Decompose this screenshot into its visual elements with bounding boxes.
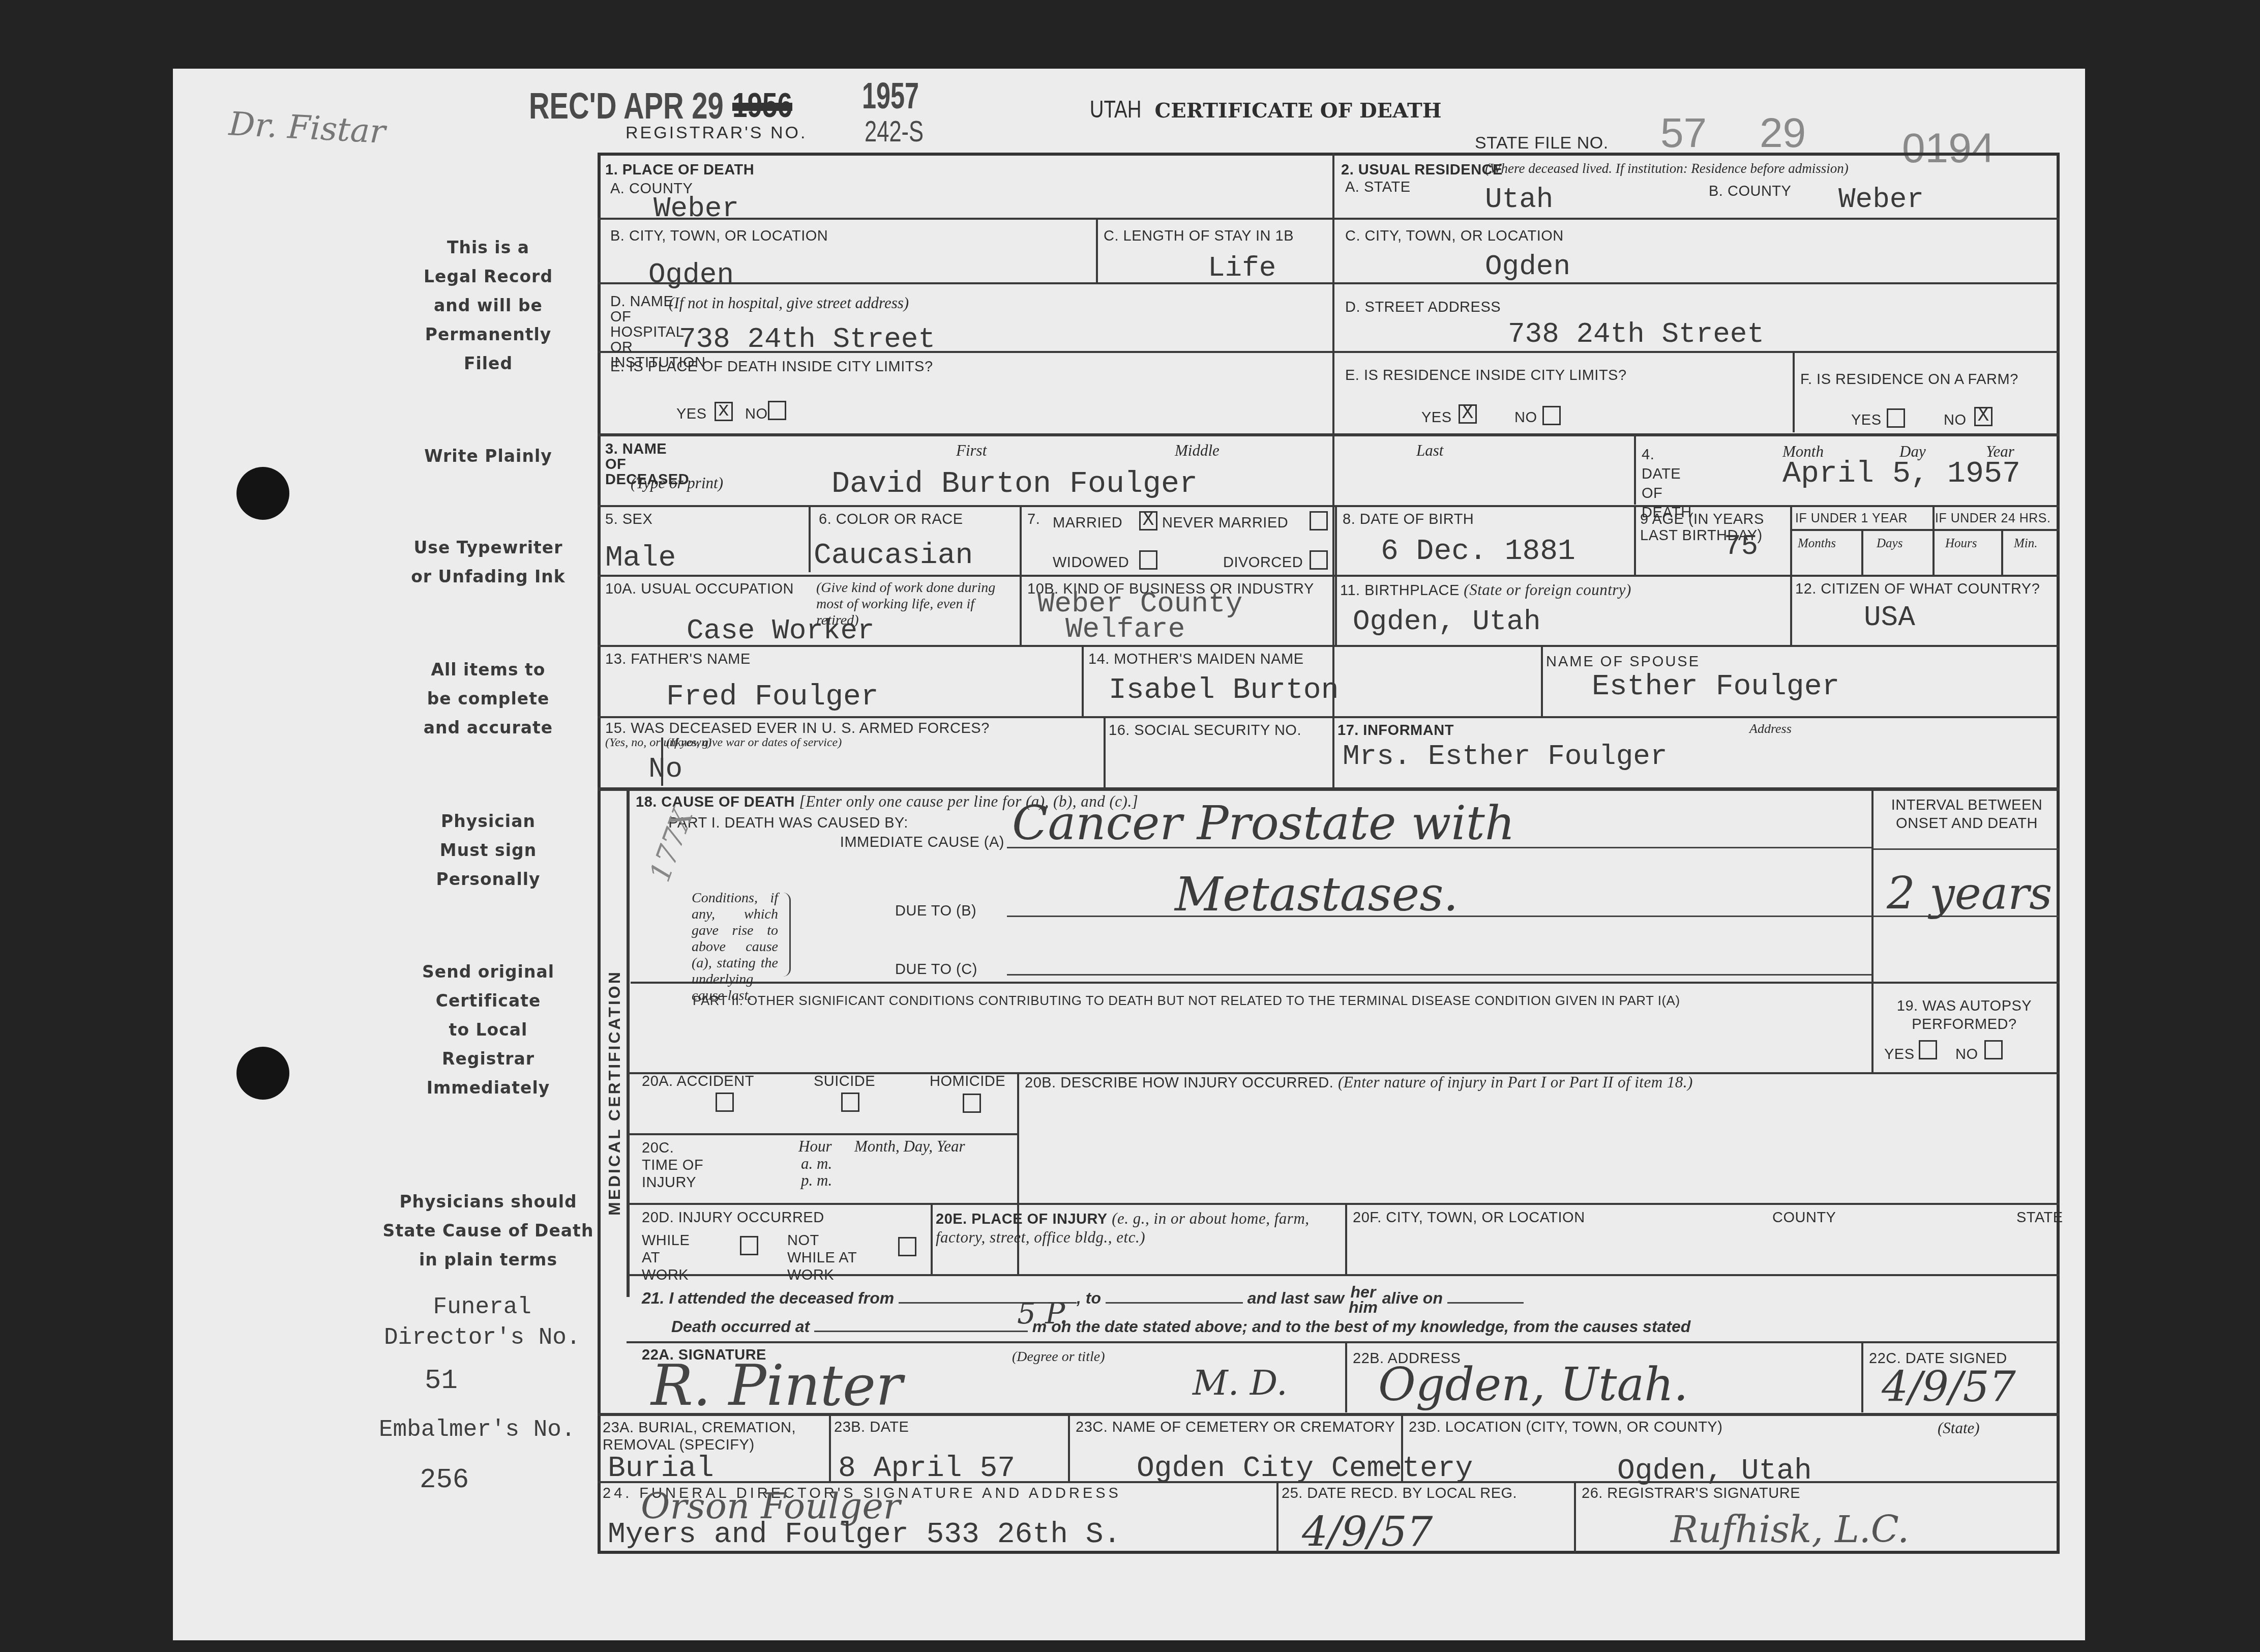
spouse-label: NAME OF SPOUSE: [1546, 654, 1700, 670]
birthplace-label: 11. BIRTHPLACE (State or foreign country…: [1340, 581, 1631, 599]
embalmer-no-label: Embalmer's No.: [379, 1417, 575, 1443]
title-state: UTAH: [1090, 96, 1142, 124]
divider: [1068, 1413, 1070, 1482]
first-label: First: [956, 441, 987, 460]
res-inside-city-yes-checkbox[interactable]: X: [1459, 404, 1477, 424]
injury-county-label: COUNTY: [1772, 1209, 1836, 1226]
registrar-signature: Rufhisk, L.C.: [1671, 1508, 1909, 1551]
res-street-value: 738 24th Street: [1508, 318, 1764, 350]
yes-label: YES: [676, 406, 707, 423]
medical-certification-label: MEDICAL CERTIFICATION: [605, 970, 624, 1216]
divider: [1871, 787, 1874, 1072]
sex-value: Male: [605, 542, 676, 575]
married-checkbox[interactable]: X: [1139, 511, 1157, 530]
divider: [1332, 716, 1334, 787]
informant-value: Mrs. Esther Foulger: [1343, 740, 1668, 773]
embalmer-no: 256: [420, 1465, 469, 1496]
received-year: 1957: [862, 75, 919, 117]
title-text: CERTIFICATE OF DEATH: [1154, 99, 1441, 123]
divider: [1104, 716, 1106, 787]
citizen-label: 12. CITIZEN OF WHAT COUNTRY?: [1795, 581, 2040, 598]
hospital-hint: (If not in hospital, give street address…: [669, 294, 909, 312]
date-of-death-value: April 5, 1957: [1782, 457, 2020, 491]
death-county-value: Weber: [653, 192, 739, 225]
burial-date-label: 23b. DATE: [834, 1419, 909, 1436]
never-married-checkbox[interactable]: [1310, 511, 1328, 530]
divorced-label: DIVORCED: [1223, 554, 1303, 571]
notice-complete: All items to be complete and accurate: [351, 655, 626, 742]
cemetery-value: Ogden City Cemetery: [1137, 1452, 1473, 1485]
date-recd-label: 25. DATE RECD. BY LOCAL REG.: [1282, 1485, 1517, 1502]
age-label: 9 AGE (In years last birthday): [1640, 511, 1788, 544]
certificate-title: UTAH CERTIFICATE OF DEATH: [1083, 96, 1442, 124]
res-city-value: Ogden: [1485, 250, 1570, 283]
describe-injury-label: 20b. DESCRIBE HOW INJURY OCCURRED. (Ente…: [1025, 1073, 1693, 1091]
received-year-struck: 1956: [732, 85, 792, 125]
state-file-label: STATE FILE NO.: [1475, 133, 1609, 153]
physician-address: Ogden, Utah.: [1378, 1358, 1688, 1411]
injury-state-label: STATE: [2016, 1209, 2063, 1226]
divider: [1541, 645, 1543, 716]
while-at-work-label: WHILE AT WORK: [642, 1232, 703, 1284]
industry-value-line2: Welfare: [1065, 613, 1185, 645]
race-value: Caucasian: [814, 539, 973, 572]
divider: [1634, 505, 1636, 575]
divider: [1345, 1341, 1347, 1412]
res-street-label: d. STREET ADDRESS: [1345, 299, 1501, 316]
divorced-checkbox[interactable]: [1310, 550, 1328, 570]
under-24-hrs-label: IF UNDER 24 HRS.: [1935, 511, 2050, 526]
burial-label: 23a. BURIAL, CREMATION, REMOVAL (Specify…: [603, 1419, 826, 1454]
usual-residence-hint: (Where deceased lived. If institution: R…: [1485, 161, 1849, 176]
length-of-stay-value: Life: [1208, 252, 1276, 284]
informant-label: 17. INFORMANT: [1337, 722, 1454, 739]
dob-label: 8. DATE OF BIRTH: [1343, 511, 1474, 528]
farm-label: f. IS RESIDENCE ON A FARM?: [1800, 371, 2018, 388]
divider: [809, 505, 811, 572]
notice-plain-terms: Physicians should State Cause of Death i…: [351, 1187, 626, 1274]
hour-label: Hour: [798, 1137, 831, 1156]
divider: [1932, 505, 1935, 575]
res-state-value: Utah: [1485, 183, 1553, 216]
divider: [829, 1413, 831, 1482]
divider: [931, 1203, 933, 1274]
funeral-director-no-label: Funeral Director's No.: [384, 1292, 580, 1353]
res-inside-city-label: e. IS RESIDENCE INSIDE CITY LIMITS?: [1345, 367, 1627, 384]
cemetery-label: 23c. NAME OF CEMETERY OR CREMATORY: [1076, 1419, 1395, 1436]
under-1-year-label: IF UNDER 1 YEAR: [1795, 511, 1908, 526]
divider: [627, 787, 630, 1297]
never-married-label: NEVER MARRIED: [1162, 515, 1288, 532]
burial-value: Burial: [608, 1452, 714, 1485]
location-state-label: (State): [1938, 1419, 1980, 1437]
punch-hole-top: [236, 467, 289, 520]
am-label: a. m.: [801, 1155, 832, 1173]
min-label: Min.: [2014, 537, 2038, 551]
widowed-checkbox[interactable]: [1139, 550, 1157, 570]
interval-label: INTERVAL BETWEEN ONSET AND DEATH: [1879, 796, 2055, 833]
ssn-label: 16. SOCIAL SECURITY NO.: [1109, 722, 1301, 739]
mother-label: 14. MOTHER'S MAIDEN NAME: [1088, 651, 1304, 668]
res-inside-city-no-checkbox[interactable]: [1542, 406, 1561, 425]
divider: [627, 1341, 2060, 1343]
immediate-cause-label: IMMEDIATE CAUSE (a): [669, 834, 1004, 851]
death-city-value: Ogden: [648, 258, 734, 291]
middle-label: Middle: [1175, 441, 1220, 460]
injury-city-label: 20f. CITY, TOWN, OR LOCATION: [1353, 1209, 1585, 1226]
farm-yes-checkbox[interactable]: [1887, 408, 1905, 428]
received-stamp: REC'D APR 29: [529, 85, 724, 127]
underline: [1007, 974, 1871, 976]
notice-send-original: Send original Certificate to Local Regis…: [351, 957, 626, 1102]
divider: [598, 575, 2060, 577]
widowed-label: WIDOWED: [1053, 554, 1129, 571]
death-inside-city-yes-checkbox[interactable]: x: [715, 402, 733, 421]
due-to-b-label: DUE TO (b): [895, 903, 976, 920]
no-label: NO: [745, 406, 768, 423]
autopsy-yes-checkbox[interactable]: [1919, 1040, 1937, 1059]
due-to-c-label: DUE TO (c): [895, 961, 977, 978]
state-file-no-1: 57: [1660, 109, 1707, 157]
bracket-icon: [783, 893, 791, 977]
deceased-name-hint: (Type or print): [631, 474, 723, 492]
funeral-director-value: Myers and Foulger 533 26th S.: [608, 1518, 1121, 1551]
date-signed-value: 4/9/57: [1882, 1363, 2016, 1411]
location-label: 23d. LOCATION (City, town, or county): [1409, 1419, 1722, 1436]
death-hospital-value: 738 24th Street: [679, 323, 935, 356]
state-file-no-2: 29: [1760, 109, 1806, 157]
armed-forces-hint-2: (If yes, give war or dates of service): [666, 736, 842, 750]
divider: [1861, 1341, 1863, 1412]
no-label: NO: [1944, 412, 1967, 429]
occupation-value: Case Worker: [687, 614, 875, 647]
divider: [1096, 218, 1098, 283]
registrar-signature-label: 26. REGISTRAR'S SIGNATURE: [1582, 1485, 1800, 1502]
divider: [1082, 645, 1084, 716]
armed-forces-value: No: [648, 753, 682, 785]
usual-residence-label: 2. USUAL RESIDENCE: [1341, 162, 1503, 179]
no-label: NO: [1514, 409, 1537, 426]
homicide-checkbox[interactable]: [963, 1094, 981, 1113]
divider: [1332, 153, 1334, 730]
divider: [598, 433, 2060, 436]
attestation-line-1: 21. I attended the deceased from , to an…: [642, 1284, 1524, 1315]
accident-label: 20a. ACCIDENT: [642, 1073, 754, 1090]
divider: [627, 1133, 1017, 1135]
autopsy-no-checkbox[interactable]: [1984, 1040, 2003, 1059]
deceased-name-value: David Burton Foulger: [831, 467, 1198, 501]
farm-no-checkbox[interactable]: X: [1974, 407, 1993, 426]
suicide-checkbox[interactable]: [841, 1093, 859, 1112]
divider: [1790, 529, 2060, 531]
res-city-label: c. CITY, TOWN, OR LOCATION: [1345, 228, 1564, 245]
citizen-value: USA: [1864, 601, 1915, 634]
place-of-death-label: 1. PLACE OF DEATH: [605, 162, 754, 179]
divider: [1793, 351, 1795, 432]
mother-value: Isabel Burton: [1109, 674, 1339, 707]
month-day-year-label: Month, Day, Year: [854, 1137, 965, 1156]
divider: [1345, 1203, 1347, 1274]
spouse-value: Esther Foulger: [1592, 670, 1839, 703]
length-of-stay-label: c. LENGTH OF STAY IN 1b: [1104, 228, 1294, 245]
res-county-label: b. COUNTY: [1709, 183, 1791, 200]
burial-date-value: 8 April 57: [838, 1452, 1015, 1485]
time-of-injury-label: 20c. TIME OF INJURY: [642, 1139, 713, 1191]
hours-label: Hours: [1945, 537, 1977, 551]
due-to-b-value: Metastases.: [1175, 867, 1459, 922]
homicide-label: HOMICIDE: [930, 1073, 1005, 1090]
autopsy-yes-label: YES: [1884, 1046, 1915, 1063]
suicide-label: SUICIDE: [814, 1073, 875, 1090]
death-city-label: b. CITY, TOWN, OR LOCATION: [610, 228, 828, 245]
punch-hole-bottom: [236, 1047, 289, 1100]
place-of-injury-label: 20e. PLACE OF INJURY (e. g., in or about…: [936, 1209, 1332, 1247]
interval-value: 2 years: [1887, 867, 2052, 920]
notice-write-plainly: Write Plainly: [351, 441, 626, 470]
location-value: Ogden, Utah: [1617, 1455, 1812, 1488]
birthplace-value: Ogden, Utah: [1353, 605, 1541, 638]
not-while-at-work-checkbox[interactable]: [898, 1237, 916, 1256]
time-of-death-value: 5 P.: [1017, 1296, 1068, 1331]
armed-forces-label: 15. WAS DECEASED EVER IN U. S. ARMED FOR…: [605, 720, 990, 737]
attestation-line-2: Death occurred at m on the date stated a…: [671, 1317, 1690, 1336]
injury-occurred-label: 20d. INJURY OCCURRED: [642, 1209, 824, 1226]
accident-checkbox[interactable]: [716, 1093, 734, 1112]
divider: [1574, 1481, 1576, 1552]
notice-legal-record: This is a Legal Record and will be Perma…: [351, 233, 626, 378]
months-label: Months: [1798, 537, 1836, 551]
divider: [598, 505, 2060, 507]
divider: [598, 716, 2060, 718]
res-county-value: Weber: [1838, 183, 1924, 216]
divider: [2001, 529, 2003, 575]
age-value: 75: [1724, 530, 1758, 563]
divider: [1276, 1481, 1278, 1552]
notice-typewriter: Use Typewriter or Unfading Ink: [351, 533, 626, 591]
not-while-at-work-label: NOT WHILE AT WORK: [787, 1232, 864, 1284]
death-inside-city-no-checkbox[interactable]: [768, 401, 786, 420]
degree-label: (Degree or title): [1012, 1349, 1105, 1365]
father-label: 13. FATHER'S NAME: [605, 651, 751, 668]
physician-signature: R. Pinter: [651, 1353, 903, 1418]
res-state-label: a. STATE: [1345, 179, 1411, 196]
divider: [1861, 529, 1863, 575]
pm-label: p. m.: [801, 1171, 832, 1190]
divider: [631, 982, 2060, 984]
date-recd-value: 4/9/57: [1302, 1508, 1433, 1555]
while-at-work-checkbox[interactable]: [740, 1236, 758, 1255]
degree-value: M. D.: [1193, 1363, 1288, 1403]
autopsy-no-label: NO: [1955, 1046, 1978, 1063]
underline: [1874, 848, 2059, 850]
divider: [598, 282, 2060, 284]
divider: [598, 787, 2060, 791]
inside-city-label: e. IS PLACE OF DEATH INSIDE CITY LIMITS?: [610, 359, 933, 375]
autopsy-label: 19. WAS AUTOPSY PERFORMED?: [1877, 997, 2052, 1034]
registrar-no: 242-S: [865, 114, 924, 149]
divider: [627, 1203, 2060, 1205]
part2-label: PART II. OTHER SIGNIFICANT CONDITIONS CO…: [693, 993, 1680, 1009]
race-label: 6. COLOR OR RACE: [819, 511, 963, 528]
sex-label: 5. SEX: [605, 511, 652, 528]
father-value: Fred Foulger: [666, 681, 879, 714]
yes-label: YES: [1851, 412, 1882, 429]
days-label: Days: [1877, 537, 1902, 551]
yes-label: YES: [1421, 409, 1452, 426]
registrar-no-label: REGISTRAR'S NO.: [626, 123, 807, 143]
marital-label: 7.: [1027, 511, 1040, 528]
funeral-director-no: 51: [425, 1366, 458, 1397]
divider: [1634, 433, 1636, 505]
last-label: Last: [1416, 441, 1443, 460]
immediate-cause-value: Cancer Prostate with: [1012, 796, 1515, 850]
dob-value: 6 Dec. 1881: [1381, 535, 1575, 568]
married-label: MARRIED: [1053, 515, 1122, 532]
informant-address-label: Address: [1749, 721, 1792, 736]
conditions-hint: Conditions, if any, which gave rise to a…: [692, 890, 778, 1004]
notice-physician-sign: Physician Must sign Personally: [351, 807, 626, 894]
divider: [1332, 218, 2060, 220]
